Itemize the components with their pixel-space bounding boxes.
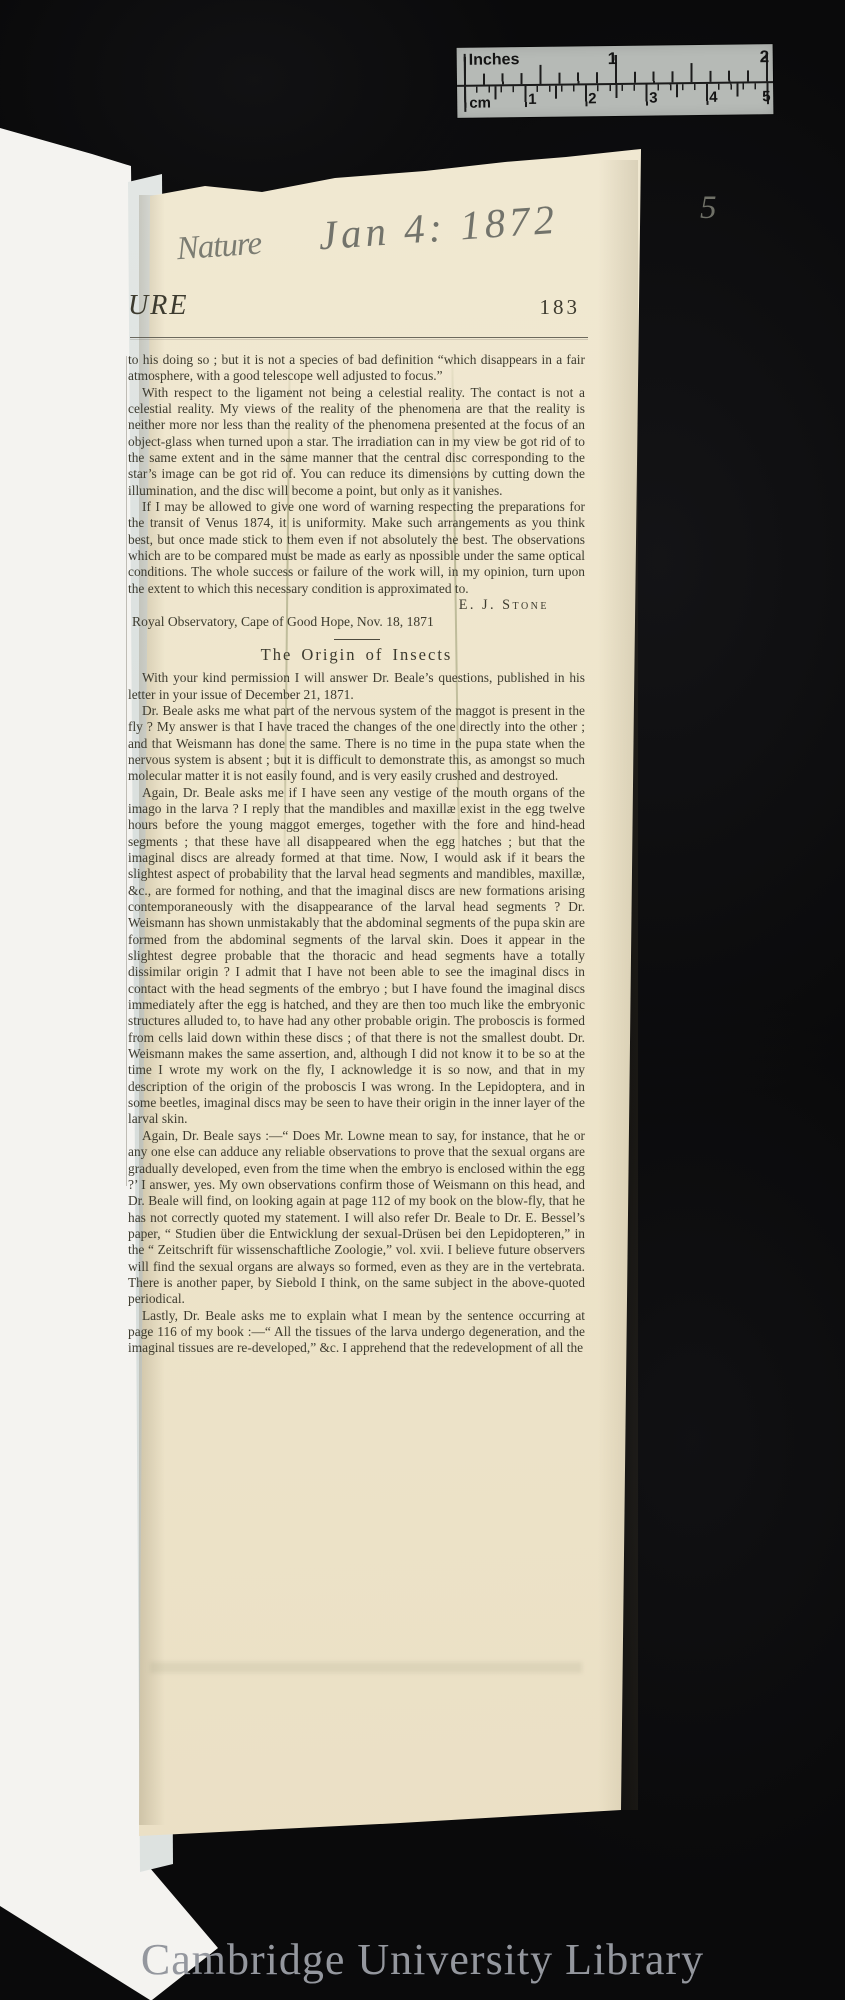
ruler-inch-number: 2 [760, 47, 770, 67]
ruler-cm-number: 4 [709, 89, 718, 106]
show-through-smudge [150, 1662, 582, 1673]
journal-title-fragment: URE [128, 290, 188, 322]
ruler-inch-number: 1 [608, 49, 618, 69]
paragraph: Again, Dr. Beale says :—“ Does Mr. Lowne… [128, 1128, 585, 1308]
paragraph: to his doing so ; but it is not a specie… [128, 352, 585, 385]
running-head: URE 183 [128, 290, 580, 322]
letter-signature: E. J. Stone [128, 597, 585, 613]
ruler-cm-number: 1 [528, 91, 537, 108]
library-watermark: Cambridge University Library [0, 1934, 845, 1985]
photo-backdrop: Inches 1 2 cm 1 2 3 4 5 NatureJan 4: 187… [0, 0, 845, 2000]
section-divider [334, 639, 380, 640]
paragraph: If I may be allowed to give one word of … [128, 499, 585, 597]
header-rule [130, 337, 588, 338]
margin-crease [126, 356, 127, 1186]
ruler-inches-label: Inches [469, 51, 520, 70]
measurement-ruler: Inches 1 2 cm 1 2 3 4 5 [457, 44, 774, 118]
ruler-cm-ticks [464, 83, 771, 108]
letter-body: to his doing so ; but it is not a specie… [128, 352, 585, 597]
page-number: 183 [540, 295, 581, 320]
letter-dateline: Royal Observatory, Cape of Good Hope, No… [128, 614, 585, 630]
ruler-cm-number: 3 [649, 89, 658, 106]
ruler-cm-number: 5 [762, 88, 771, 105]
paragraph: Dr. Beale asks me what part of the nervo… [128, 703, 585, 785]
paragraph: Lastly, Dr. Beale asks me to explain wha… [128, 1308, 585, 1357]
pencil-journal-name: Nature [176, 225, 263, 267]
ruler-cm-number: 2 [588, 90, 597, 107]
folio-number: 5 [700, 190, 717, 227]
ruler-cm-label: cm [469, 95, 491, 112]
paragraph: Again, Dr. Beale asks me if I have seen … [128, 785, 585, 1128]
article-body: With your kind permission I will answer … [128, 670, 585, 1356]
article-title: The Origin of Insects [128, 647, 585, 663]
paragraph: With your kind permission I will answer … [128, 670, 585, 703]
paragraph: With respect to the ligament not being a… [128, 385, 585, 499]
text-column: to his doing so ; but it is not a specie… [128, 352, 585, 1357]
